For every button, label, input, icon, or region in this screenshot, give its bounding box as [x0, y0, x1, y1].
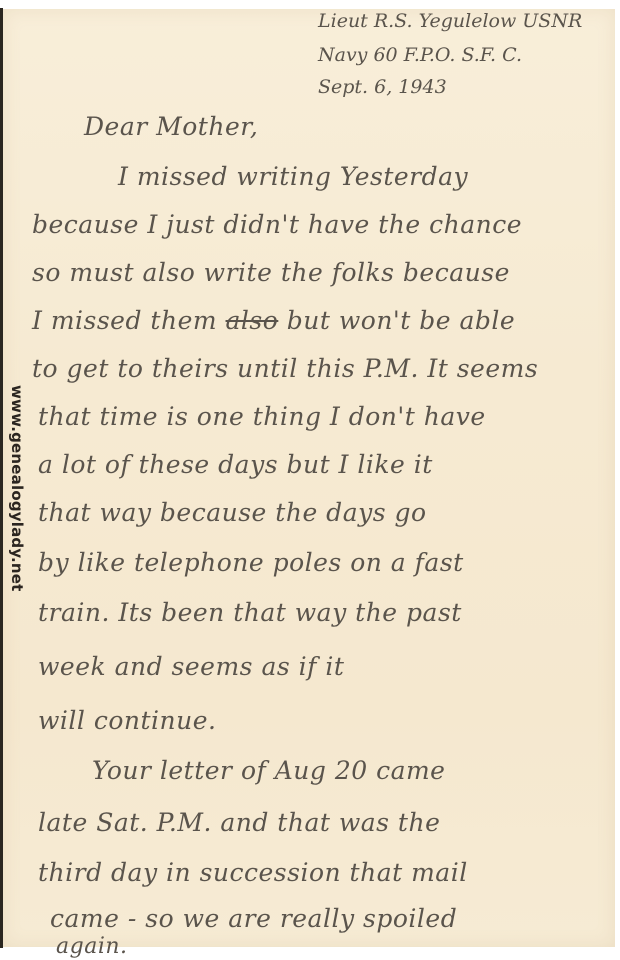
scanned-letter-page: www.genealogylady.net Lieut R.S. Yegulel…: [0, 0, 620, 960]
letter-line: to get to theirs until this P.M. It seem…: [32, 354, 538, 383]
watermark-url: www.genealogylady.net: [5, 385, 29, 615]
letter-line: train. Its been that way the past: [38, 598, 462, 627]
letter-line: that way because the days go: [38, 498, 427, 527]
letter-line-part: but won't be able: [287, 306, 515, 335]
letter-line-part: I missed them: [32, 306, 217, 335]
letter-line: that time is one thing I don't have: [38, 402, 486, 431]
letter-line: because I just didn't have the chance: [32, 210, 522, 239]
struck-out-word: also: [226, 306, 279, 335]
letter-line: again.: [56, 934, 128, 959]
letter-line: I missed writing Yesterday: [118, 162, 468, 191]
letter-line: will continue.: [38, 706, 216, 735]
salutation: Dear Mother,: [84, 112, 258, 141]
letter-line: Your letter of Aug 20 came: [92, 756, 445, 785]
letter-line: so must also write the folks because: [32, 258, 510, 287]
letter-line: by like telephone poles on a fast: [38, 548, 464, 577]
letter-line: third day in succession that mail: [38, 858, 468, 887]
letter-line: a lot of these days but I like it: [38, 450, 433, 479]
letter-line: week and seems as if it: [38, 652, 344, 681]
date-line: Sept. 6, 1943: [318, 76, 447, 98]
letter-line-with-strikeout: I missed them also but won't be able: [32, 306, 515, 335]
address-line: Navy 60 F.P.O. S.F. C.: [318, 44, 522, 66]
letter-line: came - so we are really spoiled: [50, 904, 457, 933]
sender-line: Lieut R.S. Yegulelow USNR: [318, 10, 582, 32]
letter-line: late Sat. P.M. and that was the: [38, 808, 440, 837]
